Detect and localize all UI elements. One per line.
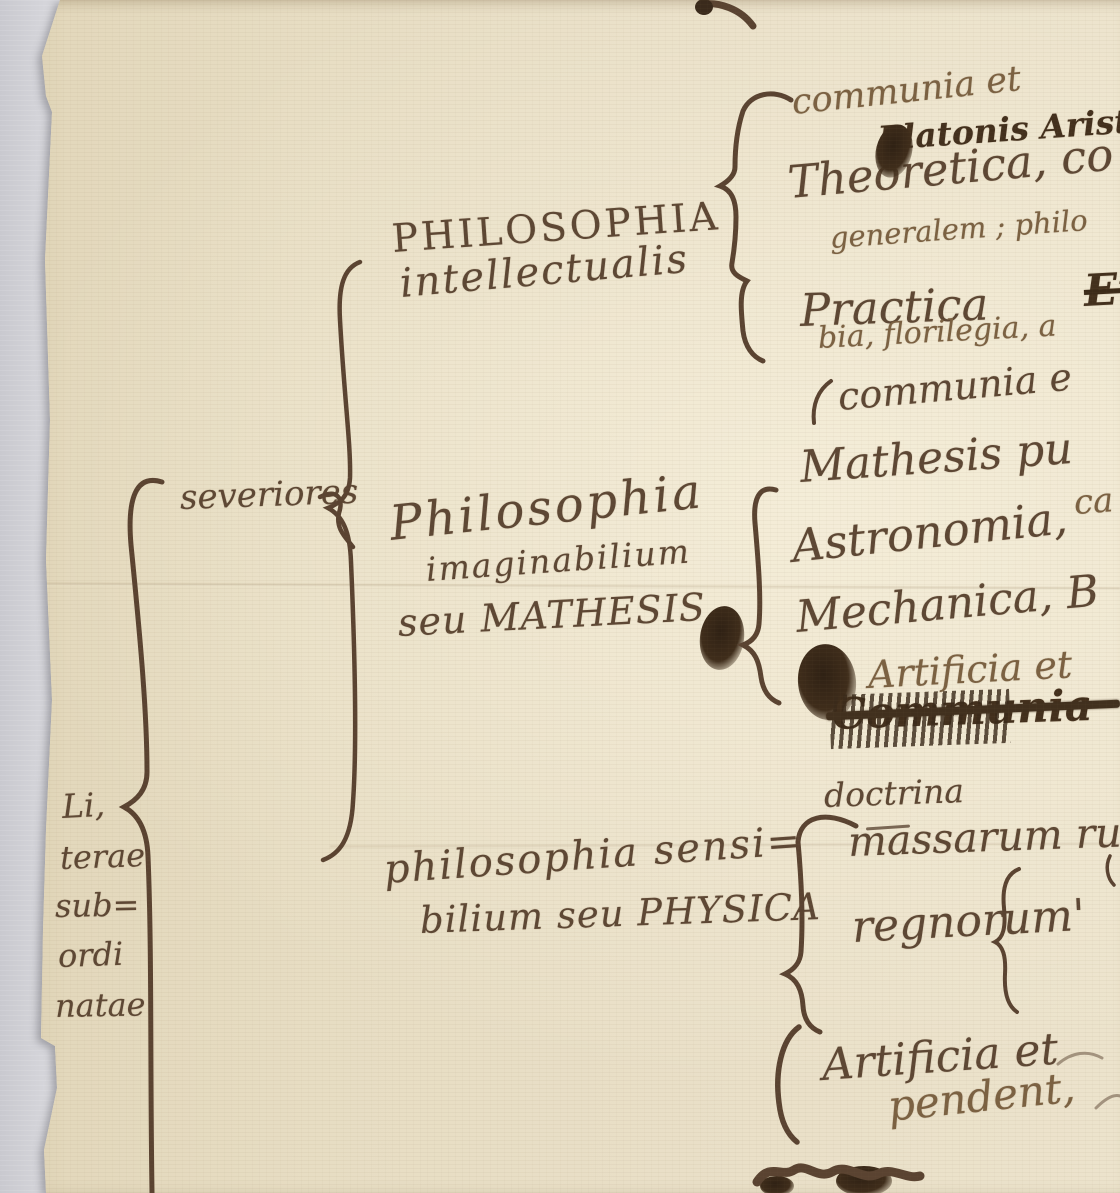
branch1-item-theoretica: Theoretica, co [786, 132, 1115, 205]
margin-label-line4: ordi [57, 938, 123, 972]
branch3-item-massarum: massarum ru [847, 812, 1120, 863]
margin-label-line5: natae [55, 988, 146, 1022]
brace-mathesis [743, 489, 779, 703]
manuscript-scan: Li, terae sub= ordi natae severiores PHI… [0, 0, 1120, 1193]
brace-intellectualis [720, 94, 791, 361]
branch1-item-generalem: generalem ; philo [829, 206, 1089, 253]
ink-blot [836, 1166, 892, 1193]
paren-artificia [778, 1027, 799, 1142]
branch2-item-astronomia: Astronomia, [790, 495, 1070, 569]
branch2-title-seu: seu MATHESIS [397, 588, 707, 642]
margin-label-line2: terae [59, 839, 145, 874]
brace-severiores [323, 262, 360, 860]
ink-blot [760, 1176, 794, 1193]
paren-communia [814, 381, 831, 423]
paper-surface: Li, terae sub= ordi natae severiores PHI… [0, 0, 1120, 1193]
margin-label-line1: Li, [61, 788, 106, 823]
paper-sheet: Li, terae sub= ordi natae severiores PHI… [0, 0, 1120, 1193]
branch3-item-doctrina: doctrina [823, 774, 964, 812]
branch2-item-mathesis-pura-sub: ca [1073, 483, 1115, 520]
branch3-title-sub: bilium seu PHYSICA [419, 888, 821, 939]
faint-cut-stroke [1096, 1096, 1120, 1109]
top-cut-stroke [703, 4, 753, 26]
edge-mark [1107, 856, 1114, 885]
branch2-item-communia: communia e [836, 358, 1073, 416]
branch2-item-mathesis-pura: Mathesis pu [798, 427, 1073, 490]
branch3-title: philosophia sensi= [383, 821, 804, 890]
branch3-item-regnorum: regnorum' [851, 894, 1086, 950]
group-label-severiores: severiores [179, 475, 358, 515]
branch1-item-eth-struck: Eth [1083, 266, 1120, 314]
top-cut-blob [695, 0, 713, 15]
branch2-item-mechanica: Mechanica, B [794, 570, 1101, 640]
margin-label-line3: sub= [55, 889, 140, 922]
